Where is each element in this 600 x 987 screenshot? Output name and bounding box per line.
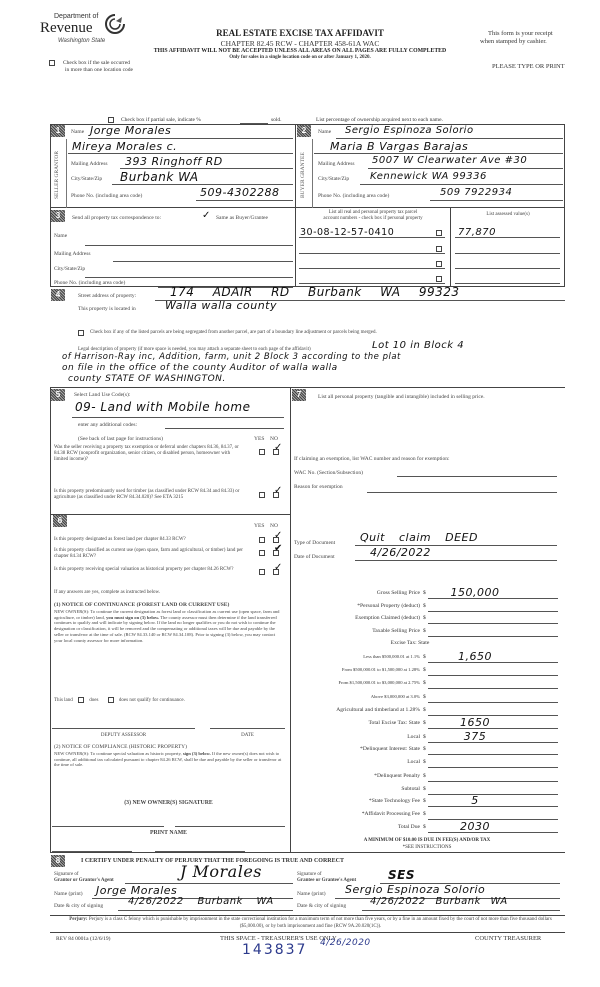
buyer-city-line: [360, 184, 563, 185]
corr-phone-label: Phone No. (including area code): [54, 280, 125, 286]
dollar-sign: $: [423, 786, 426, 792]
doc-type[interactable]: Quit claim DEED: [360, 531, 478, 544]
buyer-phone[interactable]: 509 7922934: [440, 187, 512, 198]
multi-location-label-1: Check box if the sale occurred: [63, 60, 130, 66]
seller-city-line: [112, 184, 293, 185]
tax-row-value[interactable]: 150,000: [430, 586, 520, 599]
corr-city-field[interactable]: [85, 277, 293, 278]
property-county[interactable]: Walla walla county: [165, 299, 277, 312]
personal-property-label: List all personal property (tangible and…: [318, 394, 485, 400]
legal-description-line-3[interactable]: on file in the office of the county Audi…: [62, 363, 338, 373]
s6-yes-header: YES: [254, 523, 264, 529]
dollar-sign: $: [423, 773, 426, 779]
corr-name-label: Name: [54, 233, 67, 239]
corr-address-field[interactable]: [113, 261, 293, 262]
personal-property-checkbox[interactable]: [436, 230, 442, 236]
street-label: Street address of property:: [78, 293, 136, 299]
section-7-badge: 7: [292, 389, 306, 401]
perjury-notice: Perjury: Perjury is a class C felony whi…: [58, 917, 563, 930]
dollar-sign: $: [423, 734, 426, 740]
new-owner-signature-line-1[interactable]: [52, 826, 164, 827]
dollar-sign: $: [423, 680, 426, 686]
s6-q1-no-check: ✓: [274, 530, 282, 541]
notice-1-title: (1) NOTICE OF CONTINUANCE (FOREST LAND O…: [54, 602, 229, 608]
tax-row-label: Gross Selling Price: [292, 590, 420, 596]
grantor-name-label: Name (print): [54, 891, 83, 897]
exemption-label: If claiming an exemption, list WAC numbe…: [294, 456, 450, 462]
seller-name-label: Name: [71, 129, 84, 135]
assessed-value-line: [455, 283, 560, 284]
parcel-line: [299, 268, 445, 269]
same-as-buyer-label: Same as Buyer/Grantee: [216, 215, 268, 221]
tax-row-label: *Delinquent Penalty: [292, 773, 420, 779]
this-land-label: This land: [54, 698, 73, 703]
notice-2-bold: sign (3) below.: [183, 751, 211, 756]
s6-question-1: Is this property designated as forest la…: [54, 537, 254, 543]
legal-description-line-1[interactable]: Lot 10 in Block 4: [372, 340, 464, 351]
agency-emblem-icon: [104, 13, 126, 35]
dollar-sign: $: [423, 824, 426, 830]
section-8-badge: 8: [51, 855, 65, 867]
grantor-sig-label: Signature of Grantor or Grantor's Agent: [54, 872, 114, 884]
section-4-badge: 4: [51, 289, 65, 301]
form-title: REAL ESTATE EXCISE TAX AFFIDAVIT: [150, 28, 450, 38]
buyer-side-divider: [312, 139, 313, 208]
receipt-note-1: This form is your receipt: [488, 30, 553, 37]
tax-row-field: [428, 611, 558, 612]
assessor-date-label: DATE: [210, 733, 285, 739]
tax-row-field: [428, 702, 558, 703]
agency-line2: Revenue: [40, 20, 92, 37]
assessor-date-line[interactable]: [210, 728, 285, 729]
does-not-label: does not qualify for continuance.: [119, 698, 185, 703]
located-label: This property is located in: [78, 306, 136, 312]
s6-question-3: Is this property receiving special valua…: [54, 567, 249, 573]
continuance-row: This land does does not qualify for cont…: [54, 697, 185, 704]
tax-row-value[interactable]: 375: [430, 730, 520, 743]
seller-city[interactable]: Burbank WA: [120, 170, 199, 184]
parcel-line: [299, 253, 445, 254]
section-5-badge: 5: [51, 389, 65, 401]
receipt-note-2: when stamped by cashier.: [480, 38, 547, 45]
buyer-name-line-2: [314, 153, 563, 154]
partial-sale-label: Check box if partial sale, indicate %: [121, 117, 201, 123]
seller-side-label: SELLER GRANTOR: [54, 150, 64, 200]
seller-phone-line: [196, 200, 293, 201]
agency-line3: Washington State: [58, 38, 105, 44]
parties-divider: [295, 124, 296, 208]
assessed-value-line: [455, 253, 560, 254]
correspondence-label: Send all property tax correspondence to:: [72, 215, 161, 221]
wac-field[interactable]: [397, 476, 557, 477]
doc-date-label: Date of Document: [294, 554, 335, 560]
land-use-code[interactable]: 09- Land with Mobile home: [75, 400, 250, 414]
dollar-sign: $: [423, 628, 426, 634]
form-warning: THIS AFFIDAVIT WILL NOT BE ACCEPTED UNLE…: [70, 48, 530, 54]
tax-row-label: From $500,000.01 to $1,500,000 at 1.28%: [292, 667, 420, 672]
grantee-signature[interactable]: SES: [388, 868, 415, 882]
buyer-name-1[interactable]: Sergio Espinoza Solorio: [345, 125, 474, 136]
buyer-address-line: [368, 168, 563, 169]
seller-name-2[interactable]: Mireya Morales c.: [72, 140, 177, 153]
tax-row-label: Total Excise Tax: State: [292, 720, 420, 726]
seller-name-1[interactable]: Jorge Morales: [90, 124, 171, 137]
corr-name-field[interactable]: [85, 245, 293, 246]
buyer-city-label: City/State/Zip: [318, 176, 349, 182]
tax-row-label: Local: [292, 734, 420, 740]
please-type-note: PLEASE TYPE OR PRINT: [492, 63, 565, 70]
new-owner-signature-title: (3) NEW OWNER(S) SIGNATURE: [52, 800, 285, 806]
tax-row-label: *Delinquent Interest: State: [292, 746, 420, 752]
does-label: does: [89, 698, 98, 703]
tax-row-label: Excise Tax: State: [330, 640, 490, 646]
notice-2-title: (2) NOTICE OF COMPLIANCE (HISTORIC PROPE…: [54, 744, 187, 750]
tax-row-field: [428, 623, 558, 624]
tax-row-field: [428, 767, 558, 768]
tax-row-label: Total Due: [292, 824, 420, 830]
deputy-assessor-label: DEPUTY ASSESSOR: [52, 733, 195, 739]
footer-bottom-border: [50, 932, 565, 933]
grantor-signature[interactable]: J Morales: [180, 862, 262, 881]
notice-1-bold: you must sign on (3) below.: [106, 615, 159, 620]
form-subtitle: CHAPTER 82.45 RCW - CHAPTER 458-61A WAC: [150, 39, 450, 48]
grantee-date-line: [362, 910, 560, 911]
receipt-date: 4/26/2020: [320, 938, 371, 948]
tax-row-label: *State Technology Fee: [292, 798, 420, 804]
partial-sale-checkbox[interactable]: [108, 117, 114, 123]
dollar-sign: $: [423, 811, 426, 817]
segregated-label: Check box if any of the listed parcels a…: [90, 330, 377, 335]
section-8-top-border: [50, 852, 565, 853]
tax-row-field: [428, 688, 558, 689]
see-instructions-note: *SEE INSTRUCTIONS: [292, 845, 562, 850]
additional-codes-label: enter any additional codes:: [78, 422, 137, 428]
reason-field[interactable]: [367, 492, 557, 493]
parcel-line: [299, 237, 445, 238]
does-checkbox[interactable]: [78, 697, 84, 703]
tax-row-label: Exemption Claimed (deduct): [292, 615, 420, 621]
section-6-badge: 6: [53, 515, 67, 527]
s6-if-yes: If any answers are yes, complete as inst…: [54, 590, 160, 596]
doc-type-label: Type of Document: [294, 540, 335, 546]
buyer-city[interactable]: Kennewick WA 99336: [370, 171, 487, 182]
s5-yes-header: YES: [254, 436, 264, 442]
section-5-top-border: [50, 387, 565, 388]
tax-row-label: *Affidavit Processing Fee: [292, 811, 420, 817]
tax-row-label: From $1,500,000.01 to $3,000,000 at 2.75…: [292, 680, 420, 685]
seller-address-line: [120, 168, 293, 169]
form-revision: REV 84 0001a (12/6/19): [56, 936, 110, 942]
agency-line1: Department of: [54, 13, 98, 20]
tax-row-label: Above $3,000,000 at 3.0%: [292, 694, 420, 699]
notice-2-text: NEW OWNER(S): To continue special valuat…: [54, 751, 284, 768]
buyer-name-2[interactable]: Maria B Vargas Barajas: [330, 140, 468, 153]
land-use-line: [72, 417, 284, 418]
grantor-date-line: [118, 910, 293, 911]
seller-address-label: Mailing Address: [71, 161, 108, 167]
multi-location-checkbox[interactable]: [49, 60, 55, 66]
seller-name-line-1: [88, 138, 293, 139]
s5-question-1: Was the seller receiving a property tax …: [54, 445, 244, 463]
reason-label: Reason for exemption: [294, 484, 343, 490]
seller-name-line-2: [68, 153, 293, 154]
dollar-sign: $: [423, 746, 426, 752]
tax-row-value[interactable]: 5: [430, 794, 520, 807]
seller-phone[interactable]: 509-4302288: [200, 186, 279, 199]
dollar-sign: $: [423, 615, 426, 621]
segregated-checkbox[interactable]: [78, 330, 84, 336]
doc-date[interactable]: 4/26/2022: [370, 546, 431, 559]
agency-logo: Department of Revenue Washington State: [40, 13, 135, 47]
doc-date-line: [355, 560, 557, 561]
dollar-sign: $: [423, 590, 426, 596]
section-2-badge: 2: [297, 125, 311, 137]
buyer-side-label: BUYER GRANTEE: [300, 150, 310, 200]
buyer-name-line-1: [336, 138, 563, 139]
does-not-checkbox[interactable]: [108, 697, 114, 703]
s5-q1-no-check: ✓: [274, 442, 282, 453]
tax-row-value[interactable]: 2030: [430, 820, 520, 833]
buyer-address[interactable]: 5007 W Clearwater Ave #30: [372, 155, 527, 166]
multi-location-label-2: in more than one location code: [65, 67, 133, 73]
tax-row-field: [428, 781, 558, 782]
s6-q3-no-check: ✓: [274, 562, 282, 573]
instructions-note: (See back of last page for instructions): [78, 436, 163, 442]
notice-2-text-a: NEW OWNER(S): To continue special valuat…: [54, 751, 182, 756]
county-treasurer-label: COUNTY TREASURER: [475, 935, 541, 942]
s6-q1-yes[interactable]: [259, 537, 265, 543]
legal-description-line-4[interactable]: county STATE OF WASHINGTON.: [68, 374, 226, 384]
s6-q3-yes[interactable]: [259, 569, 265, 575]
dollar-sign: $: [423, 707, 426, 713]
dollar-sign: $: [423, 603, 426, 609]
tax-row-label: Less than $500,000.01 at 1.1%: [292, 654, 420, 659]
seller-side-divider: [66, 139, 67, 208]
buyer-phone-line: [430, 200, 563, 201]
tax-row-value[interactable]: 1,650: [430, 650, 520, 663]
dollar-sign: $: [423, 798, 426, 804]
assessed-value-line: [455, 237, 560, 238]
new-owner-signature-line-2[interactable]: [175, 826, 285, 827]
section-3-divider-2: [450, 208, 451, 287]
tax-row-label: Agricultural and timberland at 1.28%: [292, 707, 420, 713]
s5-q2-yes[interactable]: [259, 492, 265, 498]
tax-row-field: [428, 675, 558, 676]
tax-row-label: *Personal Property (deduct): [292, 603, 420, 609]
corr-address-label: Mailing Address: [54, 251, 91, 257]
tax-row-value[interactable]: 1650: [430, 716, 520, 729]
section-1-badge: 1: [51, 125, 65, 137]
section-3-badge: 3: [51, 210, 65, 222]
parcel-header: List all real and personal property tax …: [296, 210, 450, 222]
s6-question-2: Is this property classified as current u…: [54, 548, 249, 560]
left-border: [50, 387, 51, 852]
personal-property-checkbox[interactable]: [436, 261, 442, 267]
buyer-address-label: Mailing Address: [318, 161, 355, 167]
tax-row-label: Taxable Selling Price: [292, 628, 420, 634]
dollar-sign: $: [423, 694, 426, 700]
assessed-value-line: [455, 268, 560, 269]
tax-row-label: Local: [292, 759, 420, 765]
s6-q2-yes[interactable]: [259, 550, 265, 556]
wac-label: WAC No. (Section/Subsection): [294, 470, 363, 476]
perjury-label: Perjury:: [69, 917, 87, 922]
notice-1-text: NEW OWNER(S): To continue the current de…: [54, 609, 284, 643]
additional-codes-field[interactable]: [165, 428, 284, 429]
s5-q2-no-check: ✓: [274, 485, 282, 496]
dollar-sign: $: [423, 759, 426, 765]
buyer-phone-label: Phone No. (including area code): [318, 193, 389, 199]
tax-row-field: [428, 636, 558, 637]
buyer-name-label: Name: [318, 129, 331, 135]
form-note: Only for sales in a single location code…: [150, 55, 450, 60]
s5-q1-yes[interactable]: [259, 449, 265, 455]
column-divider: [290, 387, 291, 852]
print-name-label: PRINT NAME: [52, 830, 285, 836]
dollar-sign: $: [423, 720, 426, 726]
personal-property-checkbox[interactable]: [436, 276, 442, 282]
dollar-sign: $: [423, 667, 426, 673]
tax-row-field: [428, 754, 558, 755]
grantee-date-city[interactable]: 4/26/2022 Burbank WA: [370, 896, 508, 907]
s6-no-header: NO: [270, 523, 278, 529]
grantor-date-label: Date & city of signing: [54, 903, 103, 909]
receipt-number: 143837: [242, 942, 307, 958]
footer-top-border: [50, 915, 565, 916]
grantee-date-label: Date & city of signing: [297, 903, 346, 909]
dollar-sign: $: [423, 654, 426, 660]
seller-address[interactable]: 393 Ringhoff RD: [125, 155, 223, 168]
land-use-label: Select Land Use Code(s):: [74, 392, 130, 398]
s6-q2-no-check: ✔: [274, 543, 282, 554]
seller-city-label: City/State/Zip: [71, 176, 102, 182]
deputy-assessor-line[interactable]: [52, 728, 195, 729]
grantee-name[interactable]: Sergio Espinoza Solorio: [345, 883, 485, 896]
legal-description-line-2[interactable]: of Harrison-Ray inc, Addition, farm, uni…: [62, 352, 401, 362]
ownership-note: List percentage of ownership acquired ne…: [316, 117, 443, 123]
parcel-header-line-2: account numbers - check box if personal …: [296, 216, 450, 222]
parcel-line: [299, 283, 445, 284]
personal-property-checkbox[interactable]: [436, 246, 442, 252]
seller-phone-label: Phone No. (including area code): [71, 193, 142, 199]
section-6-top-border: [50, 514, 290, 515]
grantee-name-label: Name (print): [297, 891, 326, 897]
grantor-date-city[interactable]: 4/26/2022 Burbank WA: [128, 896, 274, 907]
same-as-buyer-checkbox[interactable]: ✓: [202, 210, 210, 221]
minimum-due-note: A MINIMUM OF $10.00 IS DUE IN FEE(S) AND…: [292, 838, 562, 843]
perjury-text: Perjury is a class C felony which is pun…: [89, 917, 552, 929]
assessed-header: List assessed value(s): [451, 212, 565, 218]
partial-sold-label: sold.: [271, 117, 282, 123]
property-street[interactable]: 174 ADAIR RD Burbank WA 99323: [170, 285, 460, 299]
tax-row-label: Subtotal: [292, 786, 420, 792]
corr-city-label: City/State/Zip: [54, 266, 85, 272]
s5-question-2: Is this property predominantly used for …: [54, 489, 249, 501]
